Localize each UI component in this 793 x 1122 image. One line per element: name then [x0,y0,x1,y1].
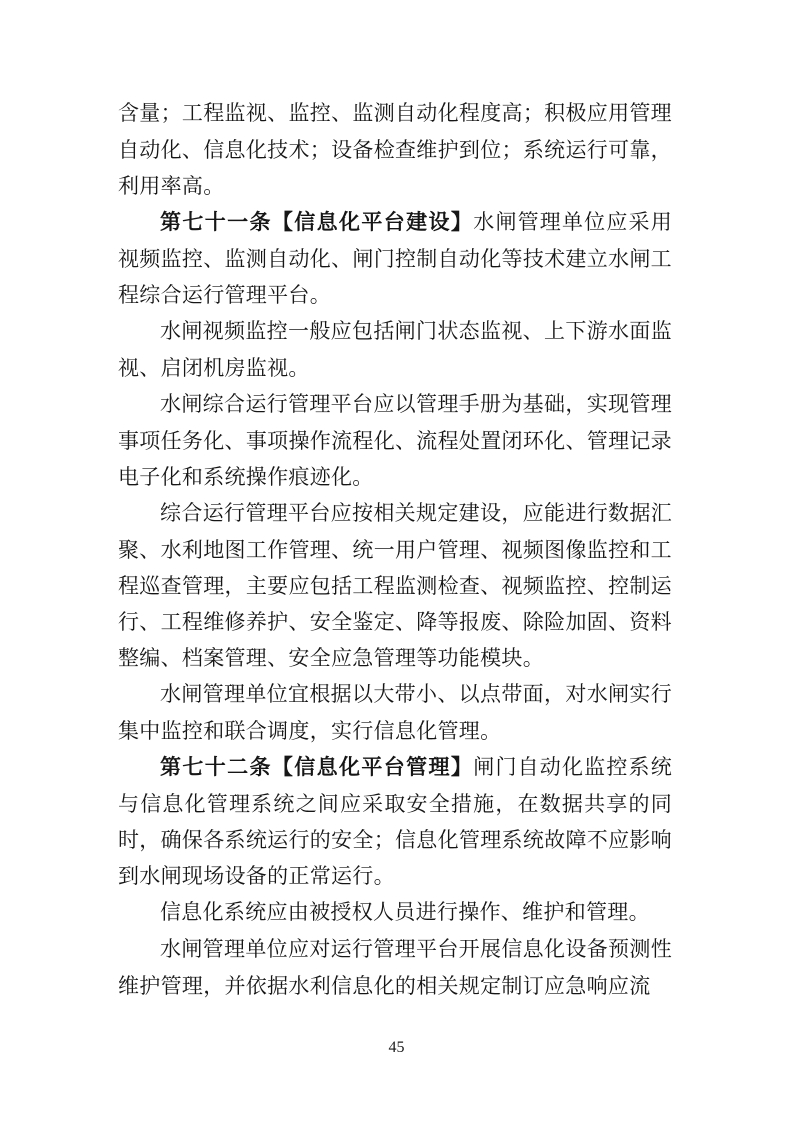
paragraph: 水闸管理单位应对运行管理平台开展信息化设备预测性维护管理，并依据水利信息化的相关… [118,931,672,1004]
paragraph-text: 信息化系统应由被授权人员进行操作、维护和管理。 [160,900,650,924]
page-number: 45 [0,1038,793,1058]
article-heading: 第七十二条【信息化平台管理】 [160,756,473,779]
document-page: 含量；工程监视、监控、监测自动化程度高；积极应用管理自动化、信息化技术；设备检查… [0,0,793,1122]
paragraph-text: 水闸管理单位宜根据以大带小、以点带面，对水闸实行集中监控和联合调度，实行信息化管… [118,682,672,743]
paragraph: 综合运行管理平台应按相关规定建设，应能进行数据汇聚、水利地图工作管理、统一用户管… [118,495,672,676]
paragraph: 第七十一条【信息化平台建设】水闸管理单位应采用视频监控、监测自动化、闸门控制自动… [118,204,672,313]
text-block: 含量；工程监视、监控、监测自动化程度高；积极应用管理自动化、信息化技术；设备检查… [118,95,672,1004]
paragraph-text: 水闸综合运行管理平台应以管理手册为基础，实现管理事项任务化、事项操作流程化、流程… [118,392,672,489]
paragraph-text: 综合运行管理平台应按相关规定建设，应能进行数据汇聚、水利地图工作管理、统一用户管… [118,501,672,670]
paragraph: 水闸综合运行管理平台应以管理手册为基础，实现管理事项任务化、事项操作流程化、流程… [118,386,672,495]
paragraph: 含量；工程监视、监控、监测自动化程度高；积极应用管理自动化、信息化技术；设备检查… [118,95,672,204]
paragraph: 第七十二条【信息化平台管理】闸门自动化监控系统与信息化管理系统之间应采取安全措施… [118,749,672,894]
paragraph: 信息化系统应由被授权人员进行操作、维护和管理。 [118,894,672,931]
paragraph-text: 水闸管理单位应对运行管理平台开展信息化设备预测性维护管理，并依据水利信息化的相关… [118,937,672,998]
paragraph: 水闸管理单位宜根据以大带小、以点带面，对水闸实行集中监控和联合调度，实行信息化管… [118,676,672,749]
paragraph: 水闸视频监控一般应包括闸门状态监视、上下游水面监视、启闭机房监视。 [118,313,672,386]
paragraph-text: 含量；工程监视、监控、监测自动化程度高；积极应用管理自动化、信息化技术；设备检查… [118,101,672,198]
paragraph-text: 水闸视频监控一般应包括闸门状态监视、上下游水面监视、启闭机房监视。 [118,319,672,380]
article-heading: 第七十一条【信息化平台建设】 [160,211,473,234]
